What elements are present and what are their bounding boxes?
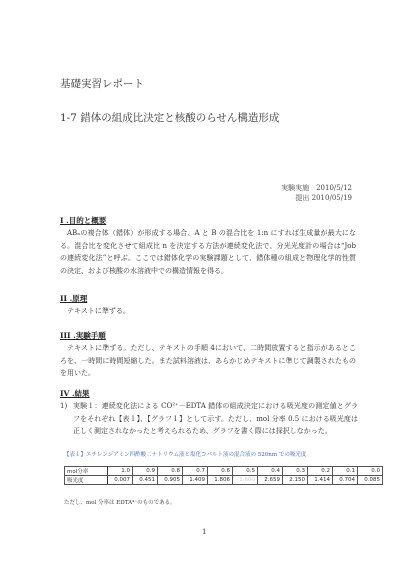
table-caption: 【表１】エチレンジアミン四酢酸二ナトリウム液と塩化コバルト液の混合液の 520n… bbox=[64, 450, 306, 458]
table-cell: 1.414 bbox=[308, 476, 333, 485]
experiment-date: 実験実施 2010/5/12 bbox=[281, 183, 352, 193]
table-cell: 0.451 bbox=[133, 476, 158, 485]
table-cell: 0.5 bbox=[233, 467, 258, 476]
table-cell: 0.704 bbox=[333, 476, 358, 485]
table-cell: 0.007 bbox=[108, 476, 133, 485]
table-cell: 0.3 bbox=[283, 467, 308, 476]
table-cell: 0.085 bbox=[358, 476, 383, 485]
section-paragraph-principle: テキストに準ずる。 bbox=[60, 305, 356, 318]
submit-date: 提出 2010/05/19 bbox=[295, 193, 352, 203]
table-cell: 0.905 bbox=[158, 476, 183, 485]
section-heading-purpose: I .目的と概要 bbox=[60, 215, 106, 226]
table-cell: 0.0 bbox=[358, 467, 383, 476]
table-cell: 1.0 bbox=[108, 467, 133, 476]
page-number: 1 bbox=[202, 528, 206, 536]
table-cell-excluded: 1.600 bbox=[233, 476, 258, 485]
row-header: 吸光度 bbox=[65, 476, 108, 485]
table-row-absorbance: 吸光度 0.007 0.451 0.905 1.409 1.806 1.600 … bbox=[65, 476, 383, 485]
section-heading-principle: II .原理 bbox=[60, 293, 87, 304]
list-text: 実験１：連続変化法による CO²⁺－EDTA 錯体の組成決定における吸光度の測定… bbox=[73, 400, 358, 438]
list-number: 1) bbox=[60, 400, 67, 413]
document-title: 1-7 錯体の組成比決定と核酸のらせん構造形成 bbox=[60, 110, 279, 125]
table-cell: 1.806 bbox=[208, 476, 233, 485]
section-heading-procedure: III .実験手順 bbox=[60, 330, 106, 341]
table-cell: 0.8 bbox=[158, 467, 183, 476]
table-cell: 0.6 bbox=[208, 467, 233, 476]
table-row-mol-fraction: mol分率 1.0 0.9 0.8 0.7 0.6 0.5 0.4 0.3 0.… bbox=[65, 467, 383, 476]
row-header: mol分率 bbox=[65, 467, 108, 476]
table-cell: 0.4 bbox=[258, 467, 283, 476]
table-cell: 2.150 bbox=[283, 476, 308, 485]
document-page: 基礎実習レポート 1-7 錯体の組成比決定と核酸のらせん構造形成 実験実施 20… bbox=[0, 0, 410, 580]
table-cell: 0.1 bbox=[333, 467, 358, 476]
table-cell: 2.659 bbox=[258, 476, 283, 485]
section-paragraph-purpose: ABₙの複合体（錯体）が形成する場合、A と B の混合比を 1:n にすれば生… bbox=[60, 227, 356, 277]
document-label: 基礎実習レポート bbox=[60, 76, 144, 91]
table-cell: 0.2 bbox=[308, 467, 333, 476]
section-paragraph-procedure: テキストに準ずる。ただし、テキストの手順 4において、二時間放置すると指示がある… bbox=[60, 342, 356, 380]
table-cell: 0.9 bbox=[133, 467, 158, 476]
table-note: ただし、mol 分率は EDTA⁴⁻のものである。 bbox=[64, 498, 176, 506]
section-heading-results: IV .結果 bbox=[60, 388, 90, 399]
table-cell: 1.409 bbox=[183, 476, 208, 485]
absorbance-table: mol分率 1.0 0.9 0.8 0.7 0.6 0.5 0.4 0.3 0.… bbox=[64, 466, 383, 485]
table-cell: 0.7 bbox=[183, 467, 208, 476]
